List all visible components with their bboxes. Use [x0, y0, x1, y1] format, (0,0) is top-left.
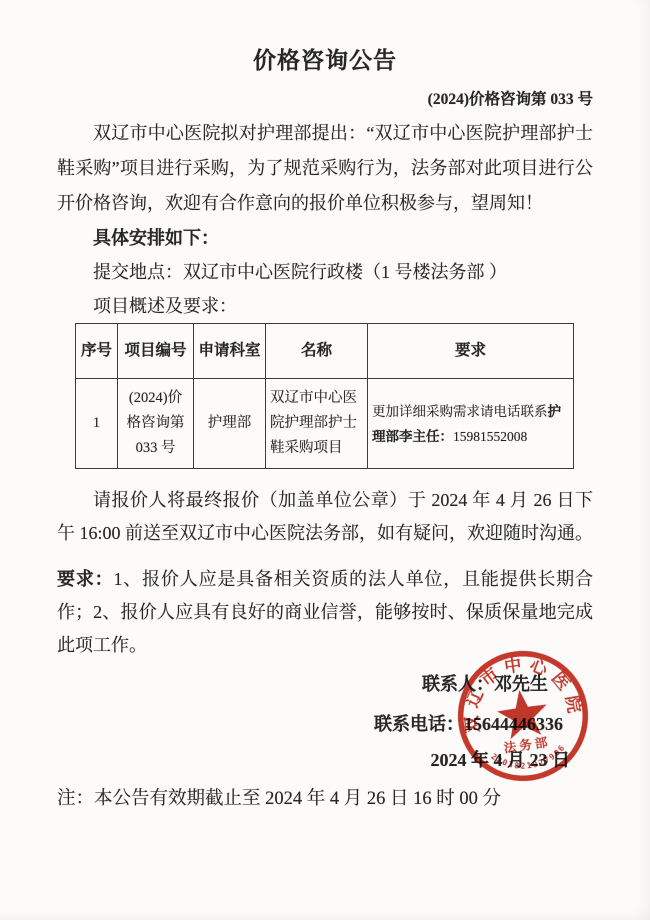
cell-department: 护理部: [194, 379, 266, 469]
cell-seq: 1: [76, 379, 118, 469]
document-number: (2024)价格咨询第 033 号: [57, 90, 593, 110]
cell-requirement: 更加详细采购需求请电话联系护理部李主任：15981552008: [368, 379, 574, 469]
cell-name: 双辽市中心医院护理部护士鞋采购项目: [266, 379, 368, 469]
project-table-header: 序号 项目编号 申请科室 名称 要求: [76, 324, 574, 379]
official-seal: 双辽市中心医院 法务部 2203821927906: [437, 630, 609, 802]
requirement-prefix: 更加详细采购需求请电话联系: [372, 404, 548, 419]
table-header-row: 序号 项目编号 申请科室 名称 要求: [76, 324, 574, 379]
col-header-department: 申请科室: [194, 324, 266, 379]
deadline-paragraph: 请报价人将最终报价（加盖单位公章）于 2024 年 4 月 26 日下午 16:…: [57, 484, 593, 550]
col-header-name: 名称: [266, 324, 368, 379]
submit-location-line: 提交地点：双辽市中心医院行政楼（1 号楼法务部 ）: [57, 255, 593, 289]
requirements-label: 要求：: [57, 569, 113, 589]
scanned-announcement-page: 价格咨询公告 (2024)价格咨询第 033 号 双辽市中心医院拟对护理部提出：…: [0, 0, 650, 920]
seal-star-icon: [495, 686, 551, 740]
col-header-requirement: 要求: [368, 324, 574, 379]
cell-project-id: (2024)价格咨询第 033 号: [118, 379, 194, 469]
col-header-project-id: 项目编号: [118, 324, 194, 379]
col-header-seq: 序号: [76, 324, 118, 379]
arrangement-heading: 具体安排如下：: [57, 221, 593, 255]
seal-department-text: 法务部: [503, 734, 552, 755]
intro-paragraph: 双辽市中心医院拟对护理部提出：“双辽市中心医院护理部护士鞋采购”项目进行采购，为…: [57, 116, 593, 221]
overview-heading: 项目概述及要求：: [57, 289, 593, 323]
document-title: 价格咨询公告: [57, 0, 593, 76]
table-row: 1 (2024)价格咨询第 033 号 护理部 双辽市中心医院护理部护士鞋采购项…: [76, 379, 574, 469]
requirement-phone: 15981552008: [453, 429, 527, 444]
project-table: 序号 项目编号 申请科室 名称 要求 1 (2024)价格咨询第 033 号 护…: [75, 323, 574, 469]
